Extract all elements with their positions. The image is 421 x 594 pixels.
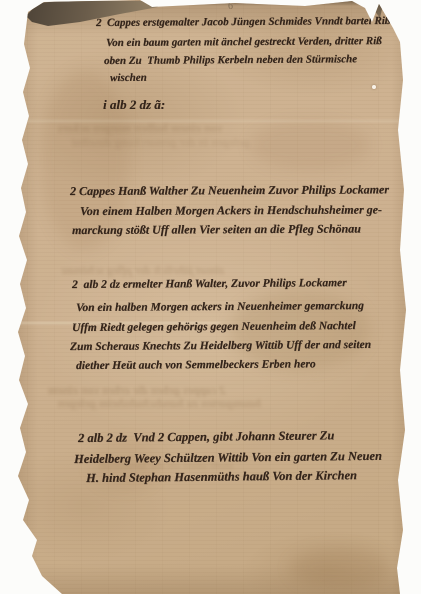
ink-bleedthrough-line: 2 cappes geben die erben von einem: [48, 383, 225, 397]
manuscript-line: wischen: [110, 70, 147, 86]
manuscript-line: 2 Cappes erstgemalter Jacob Jüngen Schmi…: [96, 13, 390, 31]
fold-crease: [20, 322, 220, 324]
torn-notch-top-right: [368, 0, 398, 22]
ink-bleedthrough-line: gelegen in der gemarckung daselbst: [72, 135, 249, 149]
manuscript-paper: 6 von einem halben morgen ackers gelegen…: [0, 0, 421, 594]
ink-bleedthrough-line: zinset jährlich der pfleg schönau: [62, 263, 224, 277]
paper-stain: [290, 548, 390, 588]
scanned-page: 6 von einem halben morgen ackers gelegen…: [0, 0, 421, 594]
torn-top-edge: [148, 0, 368, 6]
paper-hole-speck: [372, 85, 376, 89]
ink-bleedthrough-line: von einem halben morgen ackers: [58, 121, 222, 135]
page-number-mark: 6: [228, 1, 233, 12]
paper-stain: [250, 120, 370, 170]
manuscript-line: Von einem Halben Morgen Ackers in Hendsc…: [80, 201, 382, 219]
ink-bleedthrough-line: baumgarten zu handschuhsheim gelegen: [58, 396, 261, 410]
manuscript-line: Von ein baum garten mit änchel gestreckt…: [106, 33, 382, 51]
manuscript-line: oben Zu Thumb Philips Kerbeln neben den …: [104, 51, 357, 69]
ink-bleedthrough-line: stoßt oben an die landstraß: [100, 458, 233, 472]
paper-stain: [230, 290, 370, 370]
paper-stain: [40, 70, 130, 250]
folded-corner-top-left: [24, 0, 164, 28]
